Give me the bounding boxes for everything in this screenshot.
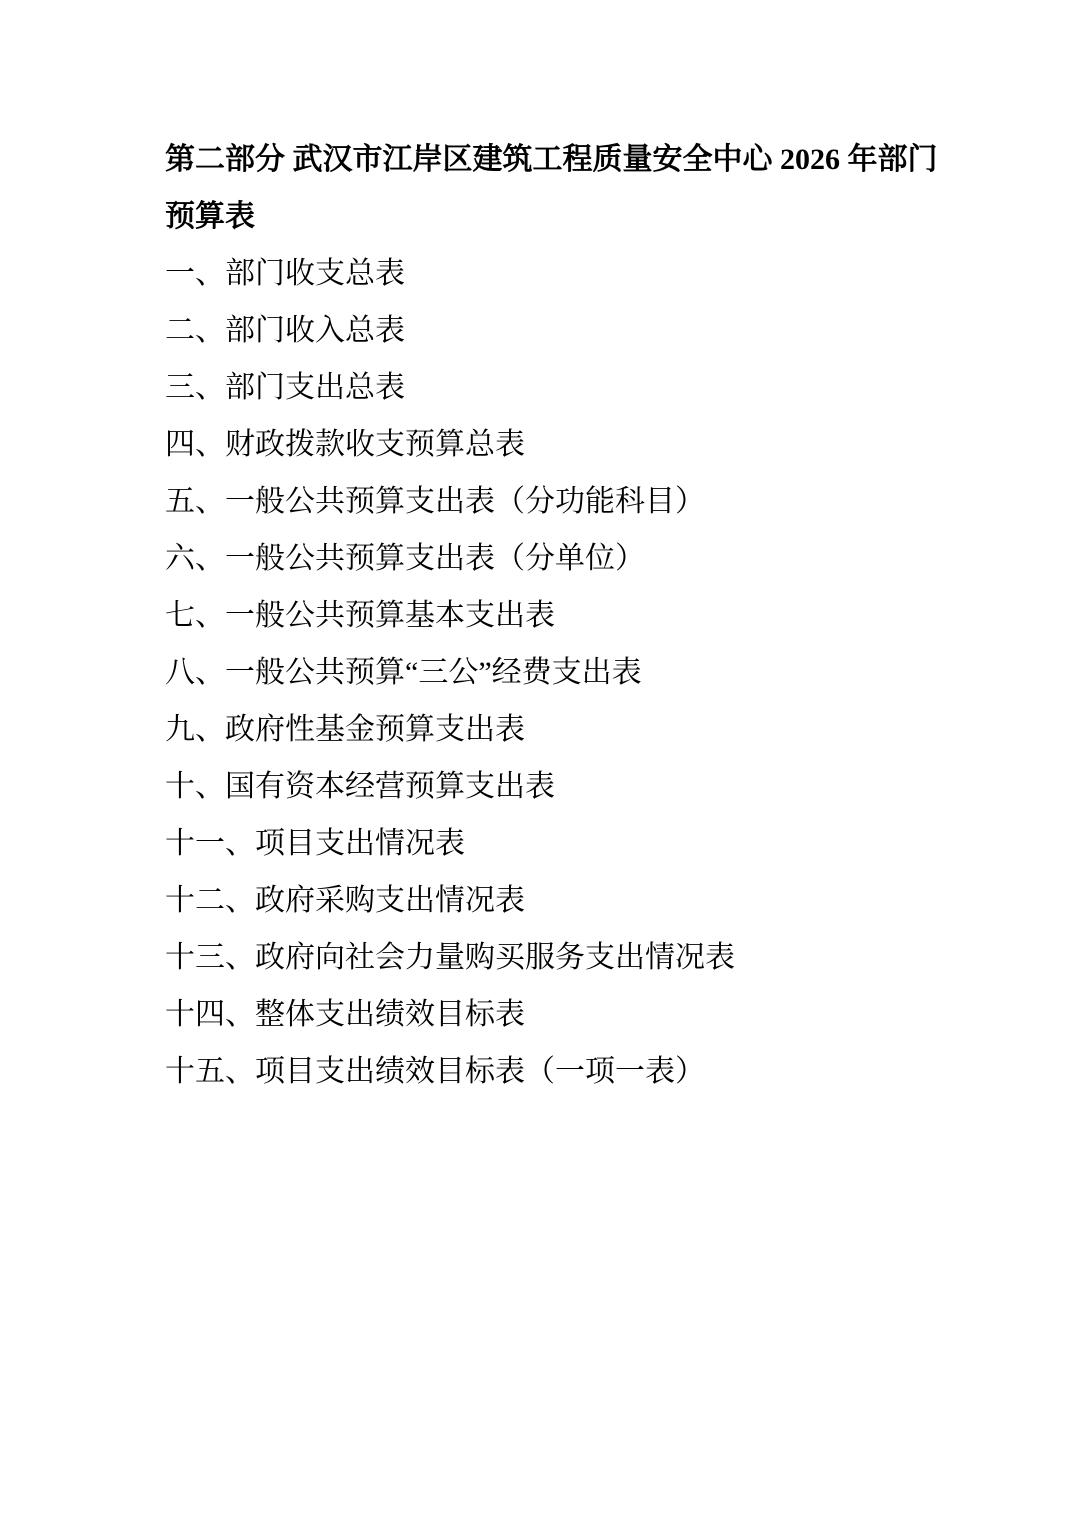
- toc-item: 六、一般公共预算支出表（分单位）: [165, 530, 934, 587]
- toc-item: 五、一般公共预算支出表（分功能科目）: [165, 473, 934, 530]
- document-page: 第二部分 武汉市江岸区建筑工程质量安全中心 2026 年部门 预算表 一、部门收…: [0, 0, 1074, 1520]
- page-title-line-2: 预算表: [165, 188, 934, 245]
- toc-item: 一、部门收支总表: [165, 245, 934, 302]
- toc-item: 三、部门支出总表: [165, 359, 934, 416]
- toc-item: 十五、项目支出绩效目标表（一项一表）: [165, 1043, 934, 1100]
- page-title: 第二部分 武汉市江岸区建筑工程质量安全中心 2026 年部门 预算表: [165, 131, 934, 245]
- toc-item: 二、部门收入总表: [165, 302, 934, 359]
- toc-item: 十四、整体支出绩效目标表: [165, 986, 934, 1043]
- toc-item: 十二、政府采购支出情况表: [165, 872, 934, 929]
- toc-item: 七、一般公共预算基本支出表: [165, 587, 934, 644]
- toc-item: 九、政府性基金预算支出表: [165, 701, 934, 758]
- toc-item: 四、财政拨款收支预算总表: [165, 416, 934, 473]
- budget-table-list: 一、部门收支总表 二、部门收入总表 三、部门支出总表 四、财政拨款收支预算总表 …: [165, 245, 934, 1100]
- toc-item: 八、一般公共预算“三公”经费支出表: [165, 644, 934, 701]
- toc-item: 十、国有资本经营预算支出表: [165, 758, 934, 815]
- toc-item: 十一、项目支出情况表: [165, 815, 934, 872]
- page-title-line-1: 第二部分 武汉市江岸区建筑工程质量安全中心 2026 年部门: [165, 131, 934, 188]
- toc-item: 十三、政府向社会力量购买服务支出情况表: [165, 929, 934, 986]
